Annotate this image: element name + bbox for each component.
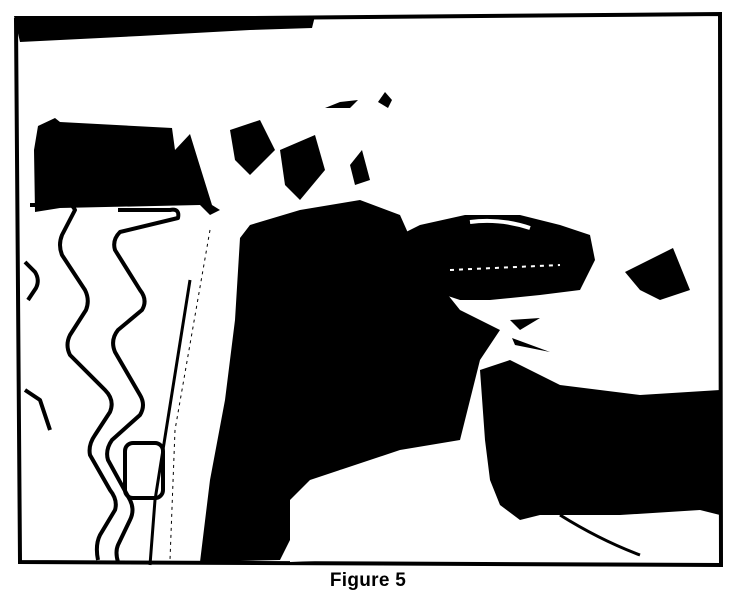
- frame-rail: [150, 280, 190, 565]
- sleeve: [480, 360, 720, 520]
- top-band: [14, 16, 315, 42]
- figure: Figure 5: [0, 0, 736, 608]
- figure-caption: Figure 5: [0, 570, 736, 592]
- dark-seat-panel: [34, 118, 220, 215]
- figure-photo: [0, 0, 736, 570]
